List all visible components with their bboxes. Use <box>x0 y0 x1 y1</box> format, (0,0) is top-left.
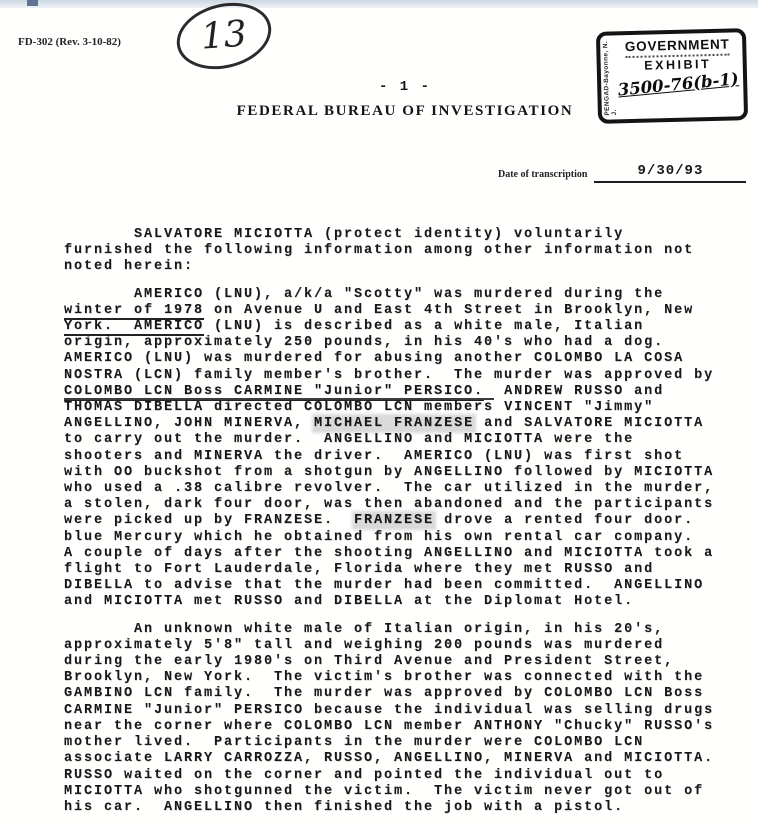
paragraph: AMERICO (LNU), a/k/a "Scotty" was murder… <box>64 287 736 611</box>
date-of-transcription-value: 9/30/93 <box>594 163 746 183</box>
text-segment: were picked up by FRANZESE. <box>64 513 354 528</box>
text-line: his car. ANGELLINO then finished the job… <box>64 800 736 816</box>
text-line: during the early 1980's on Third Avenue … <box>64 654 736 670</box>
text-line: ANGELLINO, JOHN MINERVA, MICHAEL FRANZES… <box>64 416 736 432</box>
text-segment: VINCENT "Jimmy" <box>494 400 654 415</box>
stamp-title-government: GOVERNMENT <box>612 36 742 54</box>
text-line: NOSTRA (LCN) family member's brother. Th… <box>64 368 736 384</box>
text-line: associate LARRY CARROZZA, RUSSO, ANGELLI… <box>64 751 736 767</box>
circled-number-text: 13 <box>200 16 248 55</box>
text-line: near the corner where COLOMBO LCN member… <box>64 719 736 735</box>
text-line: origin, approximately 250 pounds, in his… <box>64 335 736 351</box>
text-line: flight to Fort Lauderdale, Florida where… <box>64 562 736 578</box>
page-number: - 1 - <box>26 79 758 95</box>
text-line: THOMAS DIBELLA directed COLOMBO LCN memb… <box>64 400 736 416</box>
date-of-transcription-label: Date of transcription <box>498 169 587 183</box>
scan-corner-artifact <box>27 0 38 6</box>
text-line: with OO buckshot from a shotgun by ANGEL… <box>64 465 736 481</box>
text-line: a stolen, dark four door, was then aband… <box>64 497 736 513</box>
text-line: SALVATORE MICIOTTA (protect identity) vo… <box>64 227 736 243</box>
text-line: RUSSO waited on the corner and pointed t… <box>64 768 736 784</box>
text-line: AMERICO (LNU) was murdered for abusing a… <box>64 351 736 367</box>
form-number-label: FD-302 (Rev. 3-10-82) <box>18 36 121 48</box>
transcription-date-row: Date of transcription 9/30/93 <box>498 163 746 183</box>
text-line: noted herein: <box>64 259 736 275</box>
underlined-text: winter of 1978 <box>64 303 204 320</box>
text-line: A couple of days after the shooting ANGE… <box>64 546 736 562</box>
text-line: approximately 5'8" tall and weighing 200… <box>64 638 736 654</box>
text-segment: ANDREW RUSSO and <box>484 384 664 399</box>
text-segment: drove a rented four door. <box>434 513 694 528</box>
scan-edge-artifact <box>0 0 758 8</box>
text-line: Brooklyn, New York. The victim's brother… <box>64 670 736 686</box>
text-segment: on Avenue U and East 4th Street in Brook… <box>204 303 694 318</box>
underlined-text: York. AMERICO <box>64 319 204 336</box>
text-line: who used a .38 calibre revolver. The car… <box>64 481 736 497</box>
text-line: GAMBINO LCN family. The murder was appro… <box>64 686 736 702</box>
text-segment: and SALVATORE MICIOTTA <box>474 416 704 431</box>
text-line: winter of 1978 on Avenue U and East 4th … <box>64 303 736 319</box>
text-line: AMERICO (LNU), a/k/a "Scotty" was murder… <box>64 287 736 303</box>
document-title: FEDERAL BUREAU OF INVESTIGATION <box>26 103 758 120</box>
text-line: and MICIOTTA met RUSSO and DIBELLA at th… <box>64 594 736 610</box>
text-line: mother lived. Participants in the murder… <box>64 735 736 751</box>
text-line: were picked up by FRANZESE. FRANZESE dro… <box>64 513 736 529</box>
text-line: MICIOTTA who shotgunned the victim. The … <box>64 784 736 800</box>
text-line: furnished the following information amon… <box>64 243 736 259</box>
document-body: SALVATORE MICIOTTA (protect identity) vo… <box>64 227 736 825</box>
text-line: shooters and MINERVA the driver. AMERICO… <box>64 449 736 465</box>
handwritten-circled-number: 13 <box>170 0 279 79</box>
text-segment: (LNU) is described as a white male, Ital… <box>204 319 644 334</box>
text-line: An unknown white male of Italian origin,… <box>64 622 736 638</box>
text-segment: ANGELLINO, JOHN MINERVA, <box>64 416 314 431</box>
text-line: to carry out the murder. ANGELLINO and M… <box>64 432 736 448</box>
fd302-document-page: FD-302 (Rev. 3-10-82) 13 PENGAD-Bayonne,… <box>0 0 758 825</box>
smudged-text: MICHAEL FRANZESE <box>314 416 474 431</box>
paragraph: SALVATORE MICIOTTA (protect identity) vo… <box>64 227 736 276</box>
text-line: DIBELLA to advise that the murder had be… <box>64 578 736 594</box>
text-segment: THOMAS DIBELLA directed COLOMBO LCN memb… <box>64 398 494 415</box>
smudged-text: FRANZESE <box>354 513 434 528</box>
paragraph: An unknown white male of Italian origin,… <box>64 622 736 816</box>
text-line: York. AMERICO (LNU) is described as a wh… <box>64 319 736 335</box>
text-line: CARMINE "Junior" PERSICO because the ind… <box>64 703 736 719</box>
text-line: blue Mercury which he obtained from his … <box>64 530 736 546</box>
